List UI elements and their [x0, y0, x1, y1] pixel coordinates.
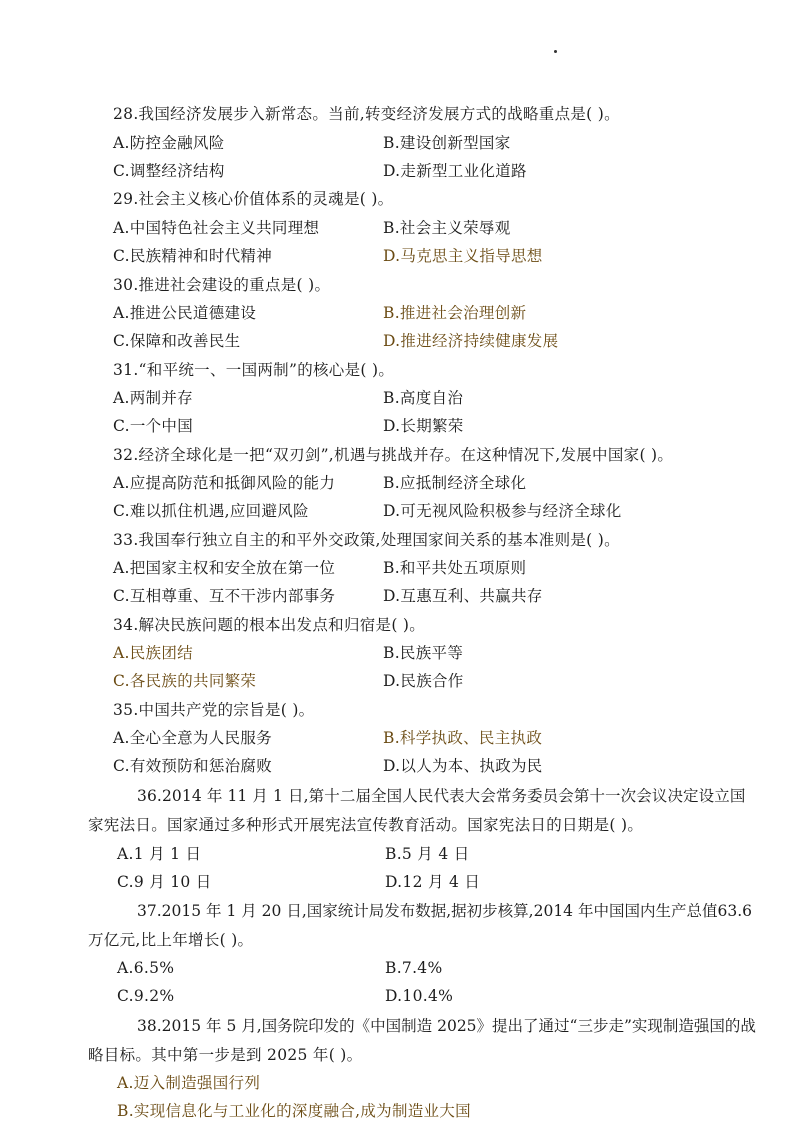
- question-31-option-a: A.两制并存: [113, 388, 193, 408]
- question-31-option-c: C.一个中国: [113, 416, 193, 436]
- question-35-stem: 35.中国共产党的宗旨是( )。: [113, 700, 314, 720]
- question-33-option-d: D.互惠互利、共赢共存: [383, 586, 543, 606]
- exam-page: 28.我国经济发展步入新常态。当前,转变经济发展方式的战略重点是( )。 A.防…: [0, 0, 800, 1145]
- question-36-option-b: B.5 月 4 日: [385, 844, 470, 864]
- question-30-option-b: B.推进社会治理创新: [383, 303, 526, 323]
- question-28-option-a: A.防控金融风险: [113, 133, 225, 153]
- question-28-option-d: D.走新型工业化道路: [383, 161, 527, 181]
- question-36-option-c: C.9 月 10 日: [117, 872, 212, 892]
- question-33-option-a: A.把国家主权和安全放在第一位: [113, 558, 335, 578]
- question-32-option-b: B.应抵制经济全球化: [383, 473, 526, 493]
- question-35-option-d: D.以人为本、执政为民: [383, 756, 543, 776]
- question-37-option-d: D.10.4%: [385, 986, 453, 1006]
- question-30-option-a: A.推进公民道德建设: [113, 303, 256, 323]
- question-35-option-b: B.科学执政、民主执政: [383, 728, 542, 748]
- question-31-option-d: D.长期繁荣: [383, 416, 464, 436]
- question-28-option-b: B.建设创新型国家: [383, 133, 511, 153]
- question-31-option-b: B.高度自治: [383, 388, 463, 408]
- question-34-option-a: A.民族团结: [113, 643, 193, 663]
- question-35-option-c: C.有效预防和惩治腐败: [113, 756, 272, 776]
- question-38-stem-line2: 略目标。其中第一步是到 2025 年( )。: [88, 1045, 362, 1065]
- question-36-option-a: A.1 月 1 日: [117, 844, 201, 864]
- question-29-option-b: B.社会主义荣辱观: [383, 218, 511, 238]
- question-28-stem: 28.我国经济发展步入新常态。当前,转变经济发展方式的战略重点是( )。: [113, 104, 620, 124]
- question-33-option-b: B.和平共处五项原则: [383, 558, 526, 578]
- question-32-stem: 32.经济全球化是一把“双刃剑”,机遇与挑战并存。在这种情况下,发展中国家( )…: [113, 445, 673, 465]
- question-28-option-c: C.调整经济结构: [113, 161, 225, 181]
- question-30-stem: 30.推进社会建设的重点是( )。: [113, 275, 330, 295]
- question-35-option-a: A.全心全意为人民服务: [113, 728, 272, 748]
- question-36-option-d: D.12 月 4 日: [385, 872, 480, 892]
- question-37-stem-line2: 万亿元,比上年增长( )。: [88, 930, 253, 950]
- question-29-option-c: C.民族精神和时代精神: [113, 246, 272, 266]
- question-29-stem: 29.社会主义核心价值体系的灵魂是( )。: [113, 189, 393, 209]
- question-32-option-d: D.可无视风险积极参与经济全球化: [383, 501, 622, 521]
- question-37-option-b: B.7.4%: [385, 958, 443, 978]
- question-33-option-c: C.互相尊重、互不干涉内部事务: [113, 586, 335, 606]
- question-34-stem: 34.解决民族问题的根本出发点和归宿是( )。: [113, 615, 425, 635]
- question-37-stem-line1: 37.2015 年 1 月 20 日,国家统计局发布数据,据初步核算,2014 …: [137, 901, 752, 921]
- scan-dot-mark: [554, 50, 557, 53]
- question-34-option-c: C.各民族的共同繁荣: [113, 671, 256, 691]
- question-29-option-d: D.马克思主义指导思想: [383, 246, 543, 266]
- question-32-option-a: A.应提高防范和抵御风险的能力: [113, 473, 335, 493]
- question-38-option-a: A.迈入制造强国行列: [117, 1073, 260, 1093]
- question-30-option-d: D.推进经济持续健康发展: [383, 331, 558, 351]
- question-33-stem: 33.我国奉行独立自主的和平外交政策,处理国家间关系的基本准则是( )。: [113, 530, 620, 550]
- question-34-option-b: B.民族平等: [383, 643, 463, 663]
- question-32-option-c: C.难以抓住机遇,应回避风险: [113, 501, 309, 521]
- question-30-option-c: C.保障和改善民生: [113, 331, 240, 351]
- question-31-stem: 31.“和平统一、一国两制”的核心是( )。: [113, 360, 394, 380]
- question-37-option-a: A.6.5%: [117, 958, 174, 978]
- question-37-option-c: C.9.2%: [117, 986, 174, 1006]
- question-29-option-a: A.中国特色社会主义共同理想: [113, 218, 319, 238]
- question-34-option-d: D.民族合作: [383, 671, 464, 691]
- question-36-stem-line1: 36.2014 年 11 月 1 日,第十二届全国人民代表大会常务委员会第十一次…: [137, 786, 745, 806]
- question-38-stem-line1: 38.2015 年 5 月,国务院印发的《中国制造 2025》提出了通过“三步走…: [137, 1016, 756, 1036]
- question-36-stem-line2: 家宪法日。国家通过多种形式开展宪法宣传教育活动。国家宪法日的日期是( )。: [88, 815, 643, 835]
- question-38-option-b: B.实现信息化与工业化的深度融合,成为制造业大国: [117, 1101, 471, 1121]
